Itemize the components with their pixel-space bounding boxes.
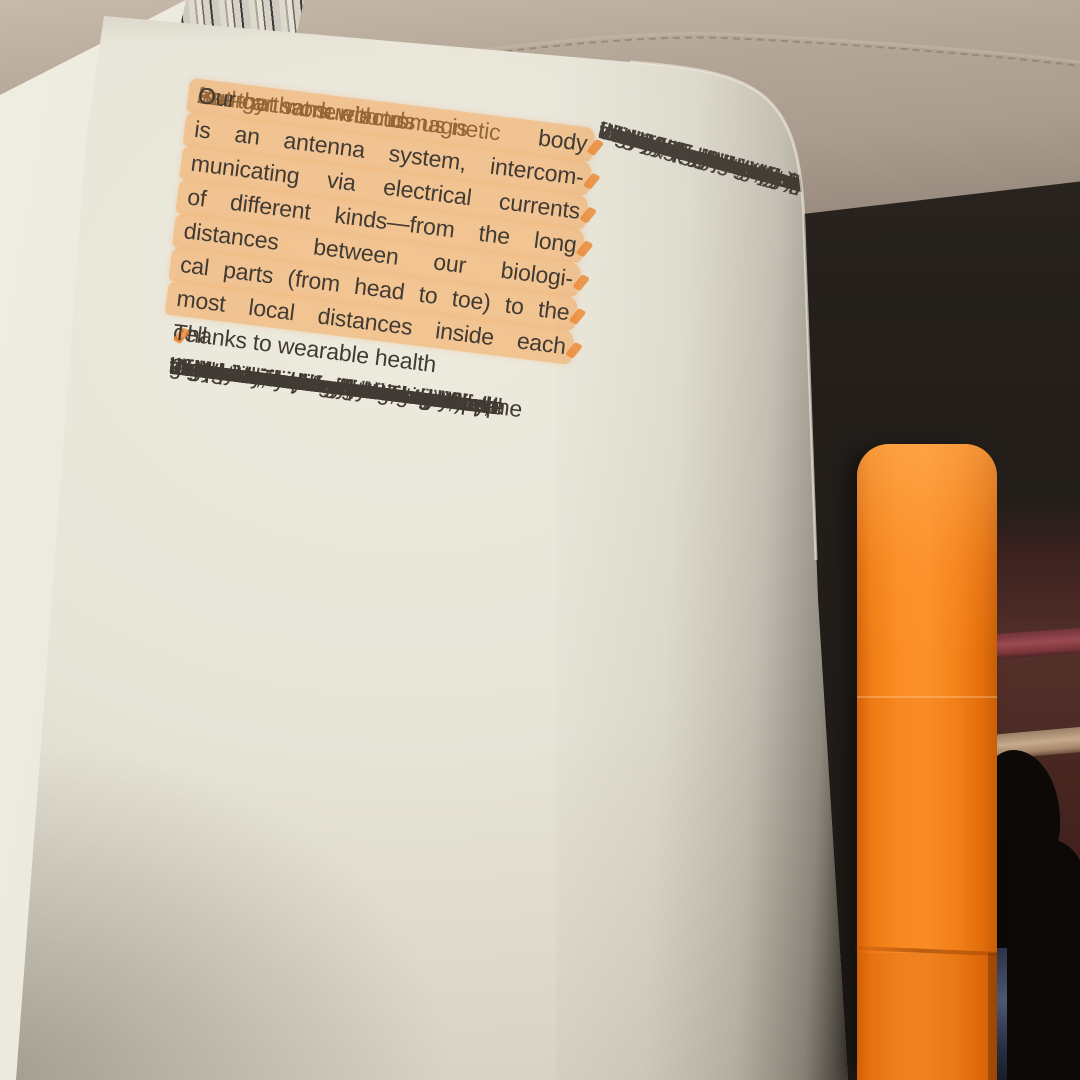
highlighter-pen	[857, 444, 997, 1080]
text-segment: this lat	[167, 349, 236, 391]
pen-body	[857, 953, 997, 1080]
left-text-column: But that same electromagneticenergy that…	[172, 78, 590, 389]
text-segment: net of T	[594, 112, 688, 170]
photo-scene: But that same electromagneticenergy that…	[0, 0, 1080, 1080]
pen-body-edge-shadow	[988, 953, 997, 1080]
pen-cap	[857, 444, 997, 659]
